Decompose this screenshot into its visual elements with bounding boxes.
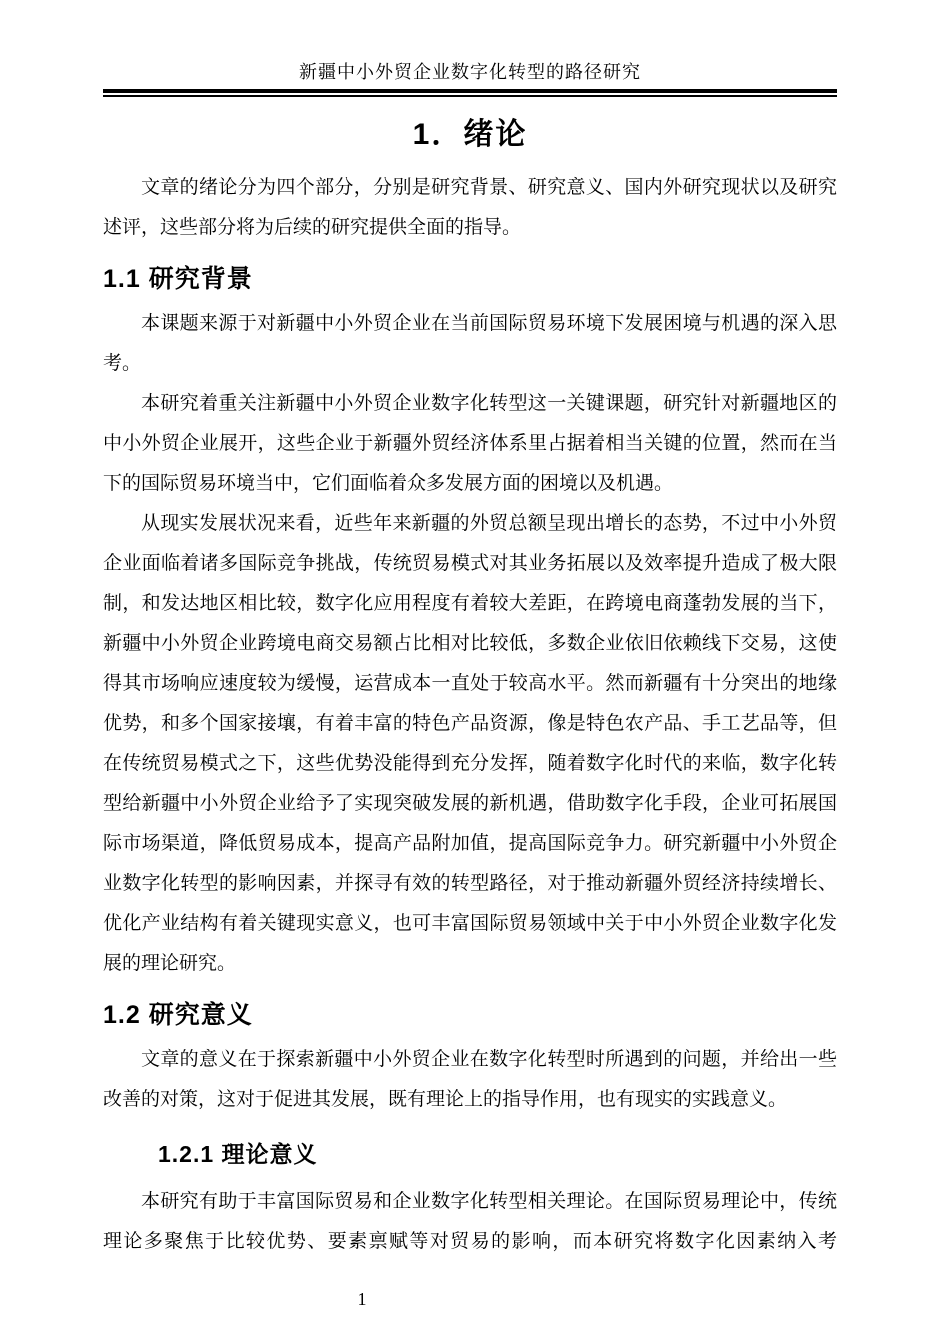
page-header: 新疆中小外贸企业数字化转型的路径研究	[0, 0, 950, 97]
paragraph-intro: 文章的绪论分为四个部分，分别是研究背景、研究意义、国内外研究现状以及研究述评，这…	[103, 168, 837, 248]
running-header-title: 新疆中小外贸企业数字化转型的路径研究	[103, 60, 837, 84]
section-heading-1-2-1: 1.2.1 理论意义	[103, 1138, 837, 1170]
section-heading-1-2: 1.2 研究意义	[103, 998, 837, 1032]
header-rule	[103, 89, 837, 97]
document-page: 新疆中小外贸企业数字化转型的路径研究 1．绪论 文章的绪论分为四个部分，分别是研…	[0, 0, 950, 1344]
paragraph-background-2: 本研究着重关注新疆中小外贸企业数字化转型这一关键课题，研究针对新疆地区的中小外贸…	[103, 384, 837, 504]
document-body: 1．绪论 文章的绪论分为四个部分，分别是研究背景、研究意义、国内外研究现状以及研…	[0, 114, 950, 1262]
paragraph-theoretical: 本研究有助于丰富国际贸易和企业数字化转型相关理论。在国际贸易理论中，传统理论多聚…	[103, 1182, 837, 1262]
chapter-title: 1．绪论	[103, 114, 837, 156]
paragraph-background-3: 从现实发展状况来看，近些年来新疆的外贸总额呈现出增长的态势，不过中小外贸企业面临…	[103, 504, 837, 984]
page-number: 1	[350, 1288, 374, 1310]
section-heading-1-1: 1.1 研究背景	[103, 262, 837, 296]
paragraph-background-1: 本课题来源于对新疆中小外贸企业在当前国际贸易环境下发展困境与机遇的深入思考。	[103, 304, 837, 384]
paragraph-significance: 文章的意义在于探索新疆中小外贸企业在数字化转型时所遇到的问题，并给出一些改善的对…	[103, 1040, 837, 1120]
